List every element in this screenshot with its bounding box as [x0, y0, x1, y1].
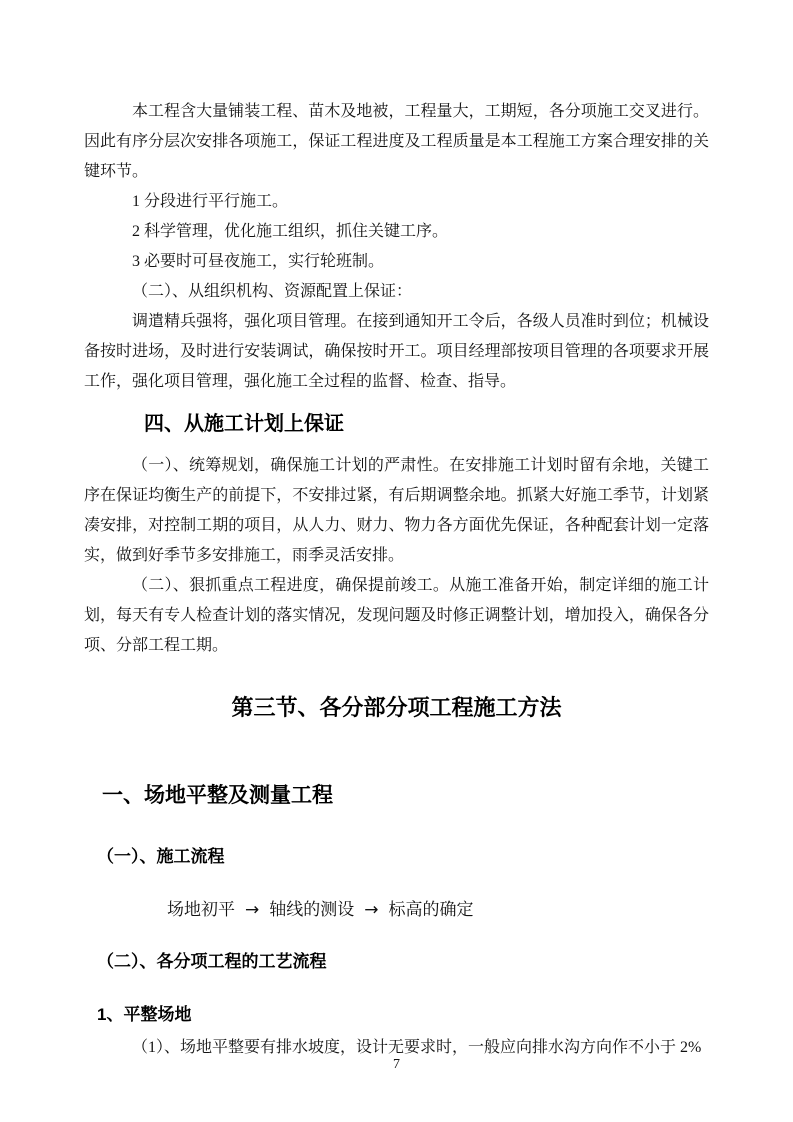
- document-content: 本工程含大量铺装工程、苗木及地被，工程量大，工期短，各分项施工交叉进行。因此有序…: [84, 97, 709, 1063]
- paragraph-plan-2: （二）、狠抓重点工程进度，确保提前竣工。从施工准备开始，制定详细的施工计划，每天…: [84, 571, 709, 661]
- flow-step-1: 场地初平: [167, 900, 235, 919]
- list-item-3: 3 必要时可昼夜施工，实行轮班制。: [84, 247, 709, 277]
- heading-construction-plan: 四、从施工计划上保证: [84, 409, 709, 439]
- page-number: 7: [0, 1056, 793, 1074]
- flow-arrow-icon: →: [364, 895, 378, 925]
- paragraph-org: 调遣精兵强将，强化项目管理。在接到通知开工令后，各级人员准时到位；机械设备按时进…: [84, 307, 709, 397]
- paragraph-org-heading: （二）、从组织机构、资源配置上保证：: [84, 277, 709, 307]
- subheading-construction-flow: （一）、施工流程: [84, 842, 709, 872]
- paragraph-plan-1: （一）、统筹规划，确保施工计划的严肃性。在安排施工计划时留有余地，关键工序在保证…: [84, 451, 709, 571]
- paragraph-intro: 本工程含大量铺装工程、苗木及地被，工程量大，工期短，各分项施工交叉进行。因此有序…: [84, 97, 709, 187]
- flow-arrow-icon: →: [245, 895, 259, 925]
- construction-flow: 场地初平→轴线的测设→标高的确定: [84, 895, 709, 925]
- list-item-1: 1 分段进行平行施工。: [84, 187, 709, 217]
- flow-step-3: 标高的确定: [389, 900, 474, 919]
- subheading-site-grading: 1、平整场地: [84, 1000, 709, 1030]
- subheading-process-flow: （二）、各分项工程的工艺流程: [84, 947, 709, 977]
- flow-step-2: 轴线的测设: [269, 900, 354, 919]
- heading-site-leveling: 一、场地平整及测量工程: [84, 780, 709, 812]
- list-item-2: 2 科学管理，优化施工组织，抓住关键工序。: [84, 217, 709, 247]
- heading-section-three: 第三节、各分部分项工程施工方法: [84, 691, 709, 725]
- document-page: 本工程含大量铺装工程、苗木及地被，工程量大，工期短，各分项施工交叉进行。因此有序…: [0, 0, 793, 1122]
